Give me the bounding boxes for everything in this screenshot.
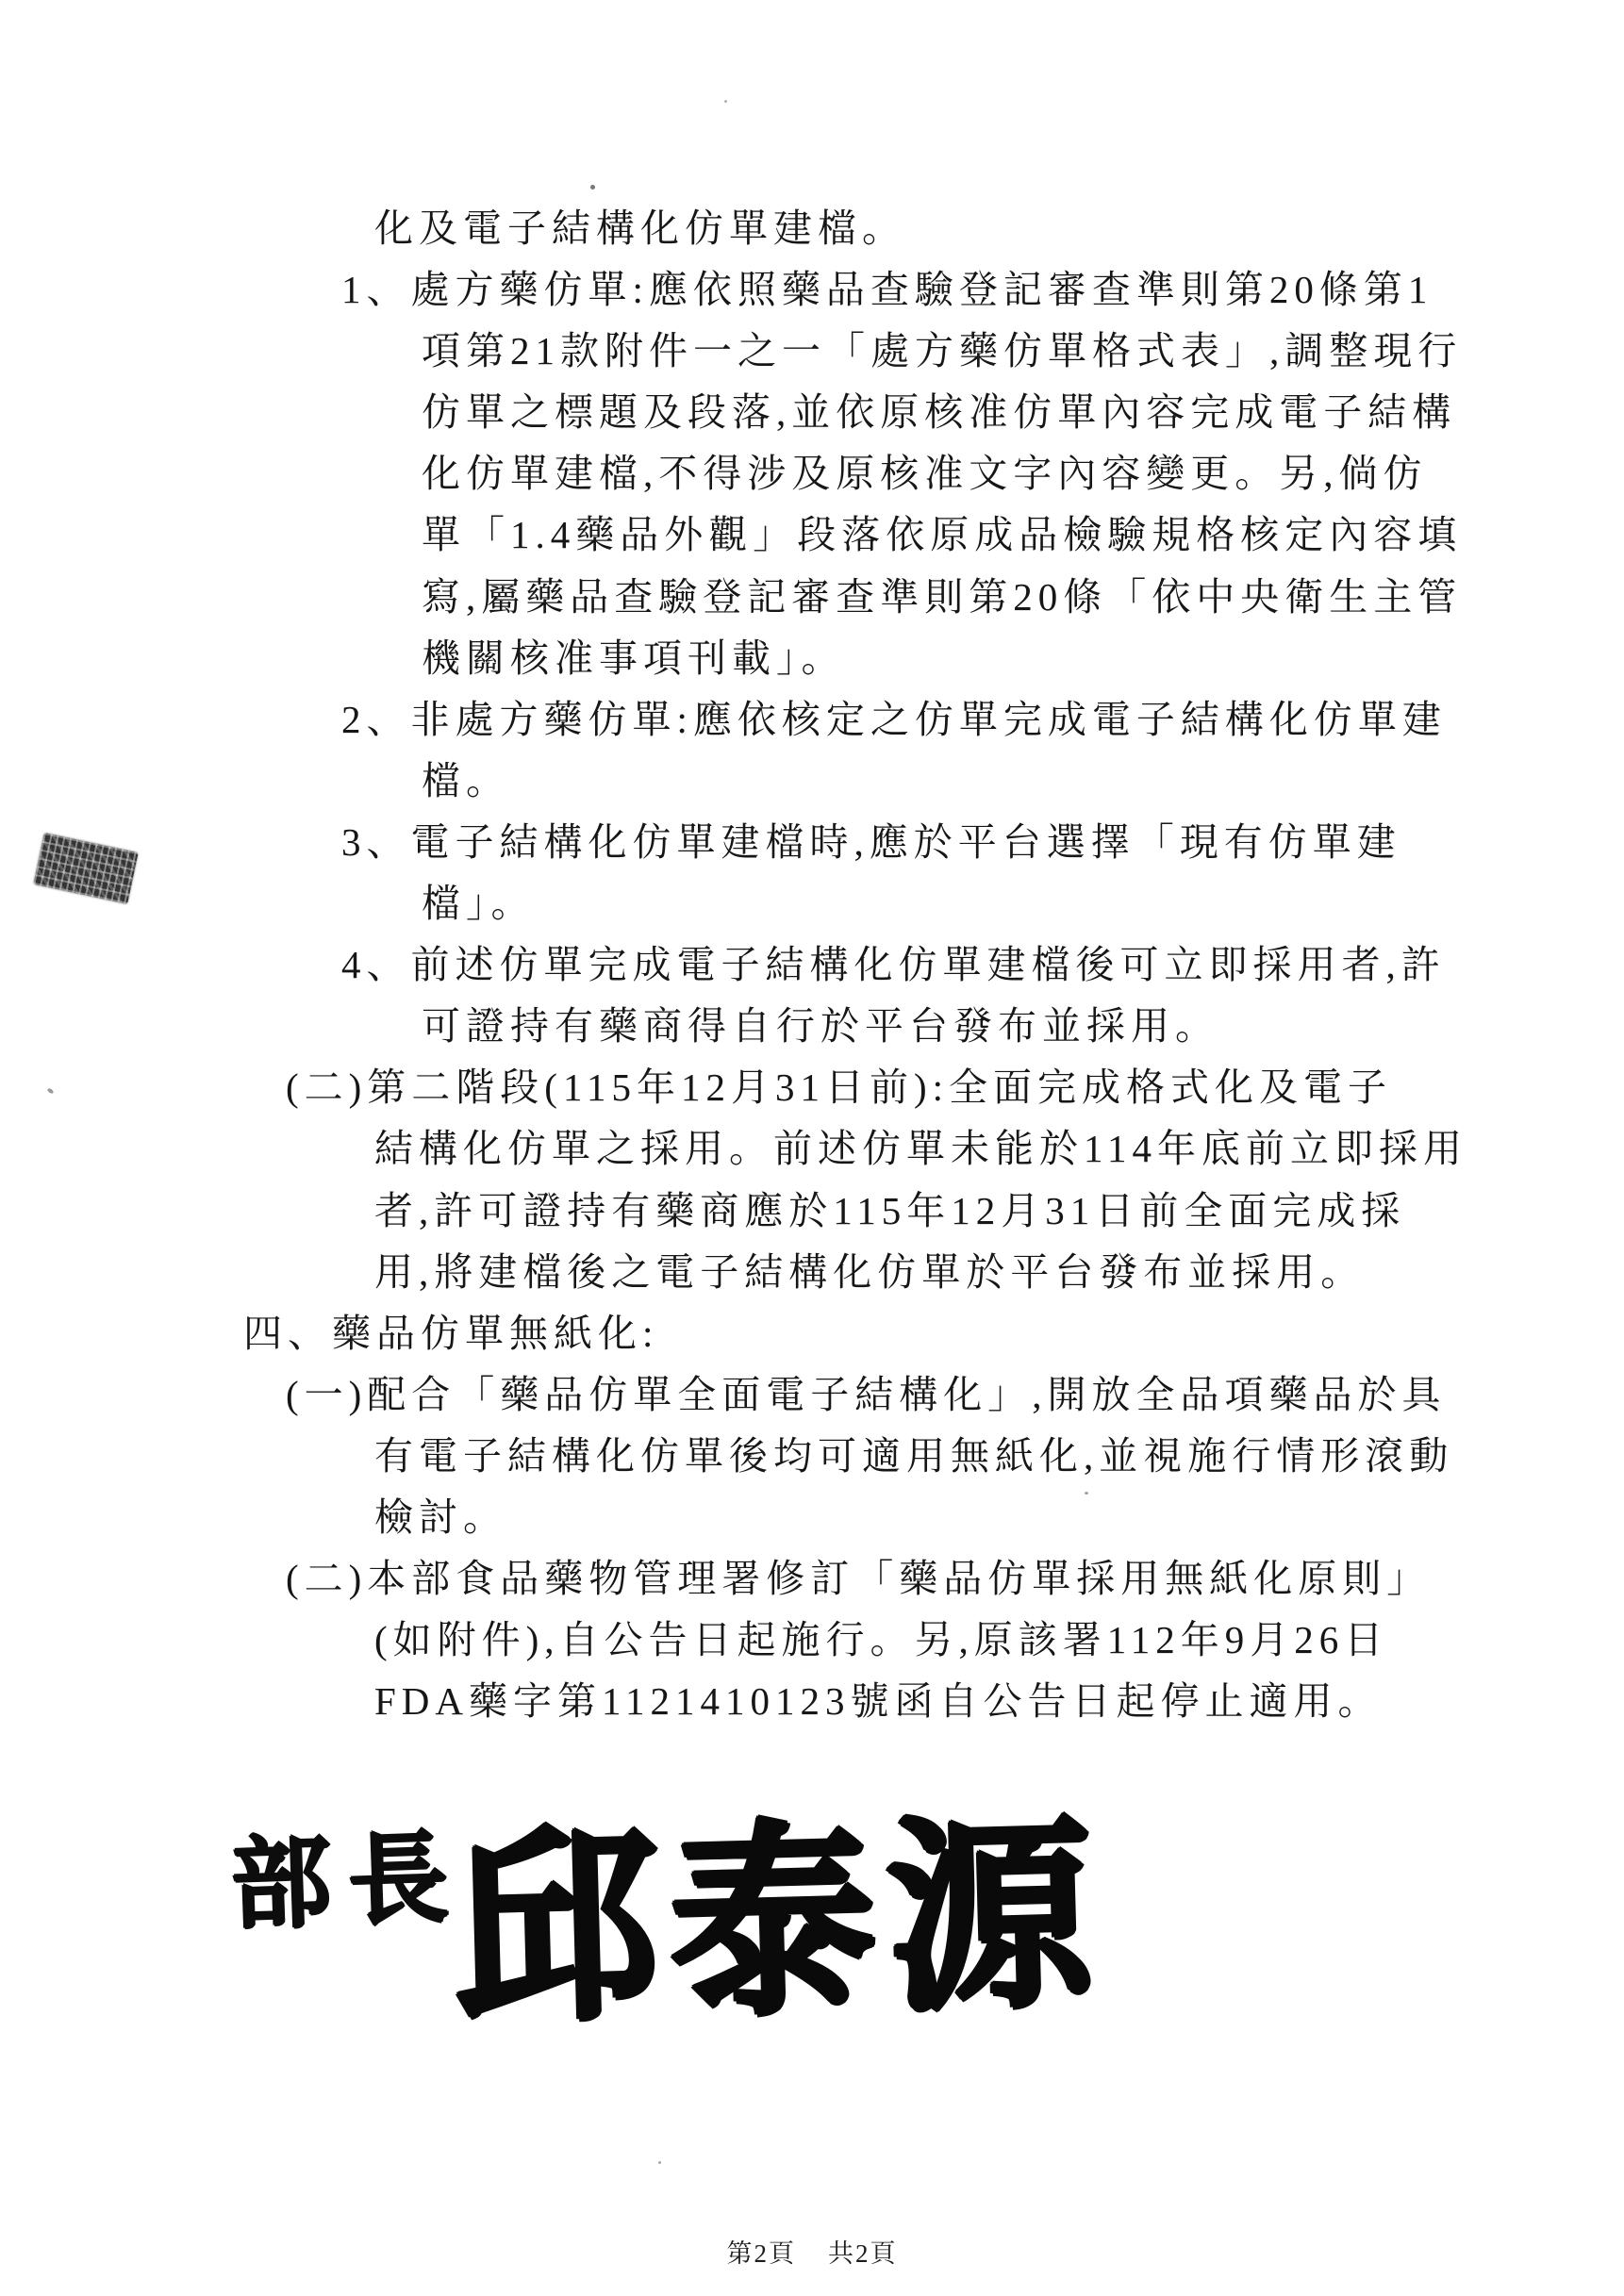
text-line: 化及電子結構化仿單建檔。 <box>0 198 1624 259</box>
page-footer: 第2頁共2頁 <box>0 2233 1624 2270</box>
text-line: 寫,屬藥品查驗登記審查準則第20條「依中央衛生主管 <box>0 567 1624 628</box>
text-line: 檔」。 <box>0 873 1624 934</box>
text-line: 機關核准事項刊載」。 <box>0 628 1624 689</box>
text-line: (如附件),自公告日起施行。另,原該署112年9月26日 <box>0 1610 1624 1671</box>
text-line: (二)第二階段(115年12月31日前):全面完成格式化及電子 <box>0 1057 1624 1118</box>
text-line: 檢討。 <box>0 1487 1624 1548</box>
text-line: (一)配合「藥品仿單全面電子結構化」,開放全品項藥品於具 <box>0 1364 1624 1426</box>
page-number: 第2頁 <box>727 2239 797 2268</box>
text-line: 四、藥品仿單無紙化: <box>0 1303 1624 1364</box>
text-line: (二)本部食品藥物管理署修訂「藥品仿單採用無紙化原則」 <box>0 1548 1624 1610</box>
scan-speck <box>590 185 595 190</box>
scan-speck <box>724 100 727 103</box>
text-line: 檔。 <box>0 751 1624 812</box>
text-line: 者,許可證持有藥商應於115年12月31日前全面完成採 <box>0 1181 1624 1242</box>
text-line: 單「1.4藥品外觀」段落依原成品檢驗規格核定內容填 <box>0 504 1624 566</box>
text-line: 有電子結構化仿單後均可適用無紙化,並視施行情形滾動 <box>0 1426 1624 1487</box>
text-line: 用,將建檔後之電子結構化仿單於平台發布並採用。 <box>0 1242 1624 1303</box>
document-page: 化及電子結構化仿單建檔。1、處方藥仿單:應依照藥品查驗登記審查準則第20條第1項… <box>0 0 1624 2296</box>
text-line: 項第21款附件一之一「處方藥仿單格式表」,調整現行 <box>0 321 1624 382</box>
text-line: FDA藥字第1121410123號函自公告日起停止適用。 <box>0 1671 1624 1732</box>
signature-title: 部長 <box>228 1798 467 1950</box>
body-text: 化及電子結構化仿單建檔。1、處方藥仿單:應依照藥品查驗登記審查準則第20條第1項… <box>0 198 1624 1732</box>
text-line: 4、前述仿單完成電子結構化仿單建檔後可立即採用者,許 <box>0 934 1624 996</box>
page-total: 共2頁 <box>828 2239 898 2268</box>
text-line: 仿單之標題及段落,並依原核准仿單內容完成電子結構 <box>0 382 1624 443</box>
text-line: 結構化仿單之採用。前述仿單未能於114年底前立即採用 <box>0 1118 1624 1180</box>
signature-name: 邱泰源 <box>449 1750 1107 2062</box>
scan-speck <box>658 2161 661 2164</box>
text-line: 3、電子結構化仿單建檔時,應於平台選擇「現有仿單建 <box>0 812 1624 873</box>
text-line: 1、處方藥仿單:應依照藥品查驗登記審查準則第20條第1 <box>0 259 1624 321</box>
text-line: 可證持有藥商得自行於平台發布並採用。 <box>0 996 1624 1057</box>
text-line: 化仿單建檔,不得涉及原核准文字內容變更。另,倘仿 <box>0 443 1624 504</box>
text-line: 2、非處方藥仿單:應依核定之仿單完成電子結構化仿單建 <box>0 689 1624 751</box>
